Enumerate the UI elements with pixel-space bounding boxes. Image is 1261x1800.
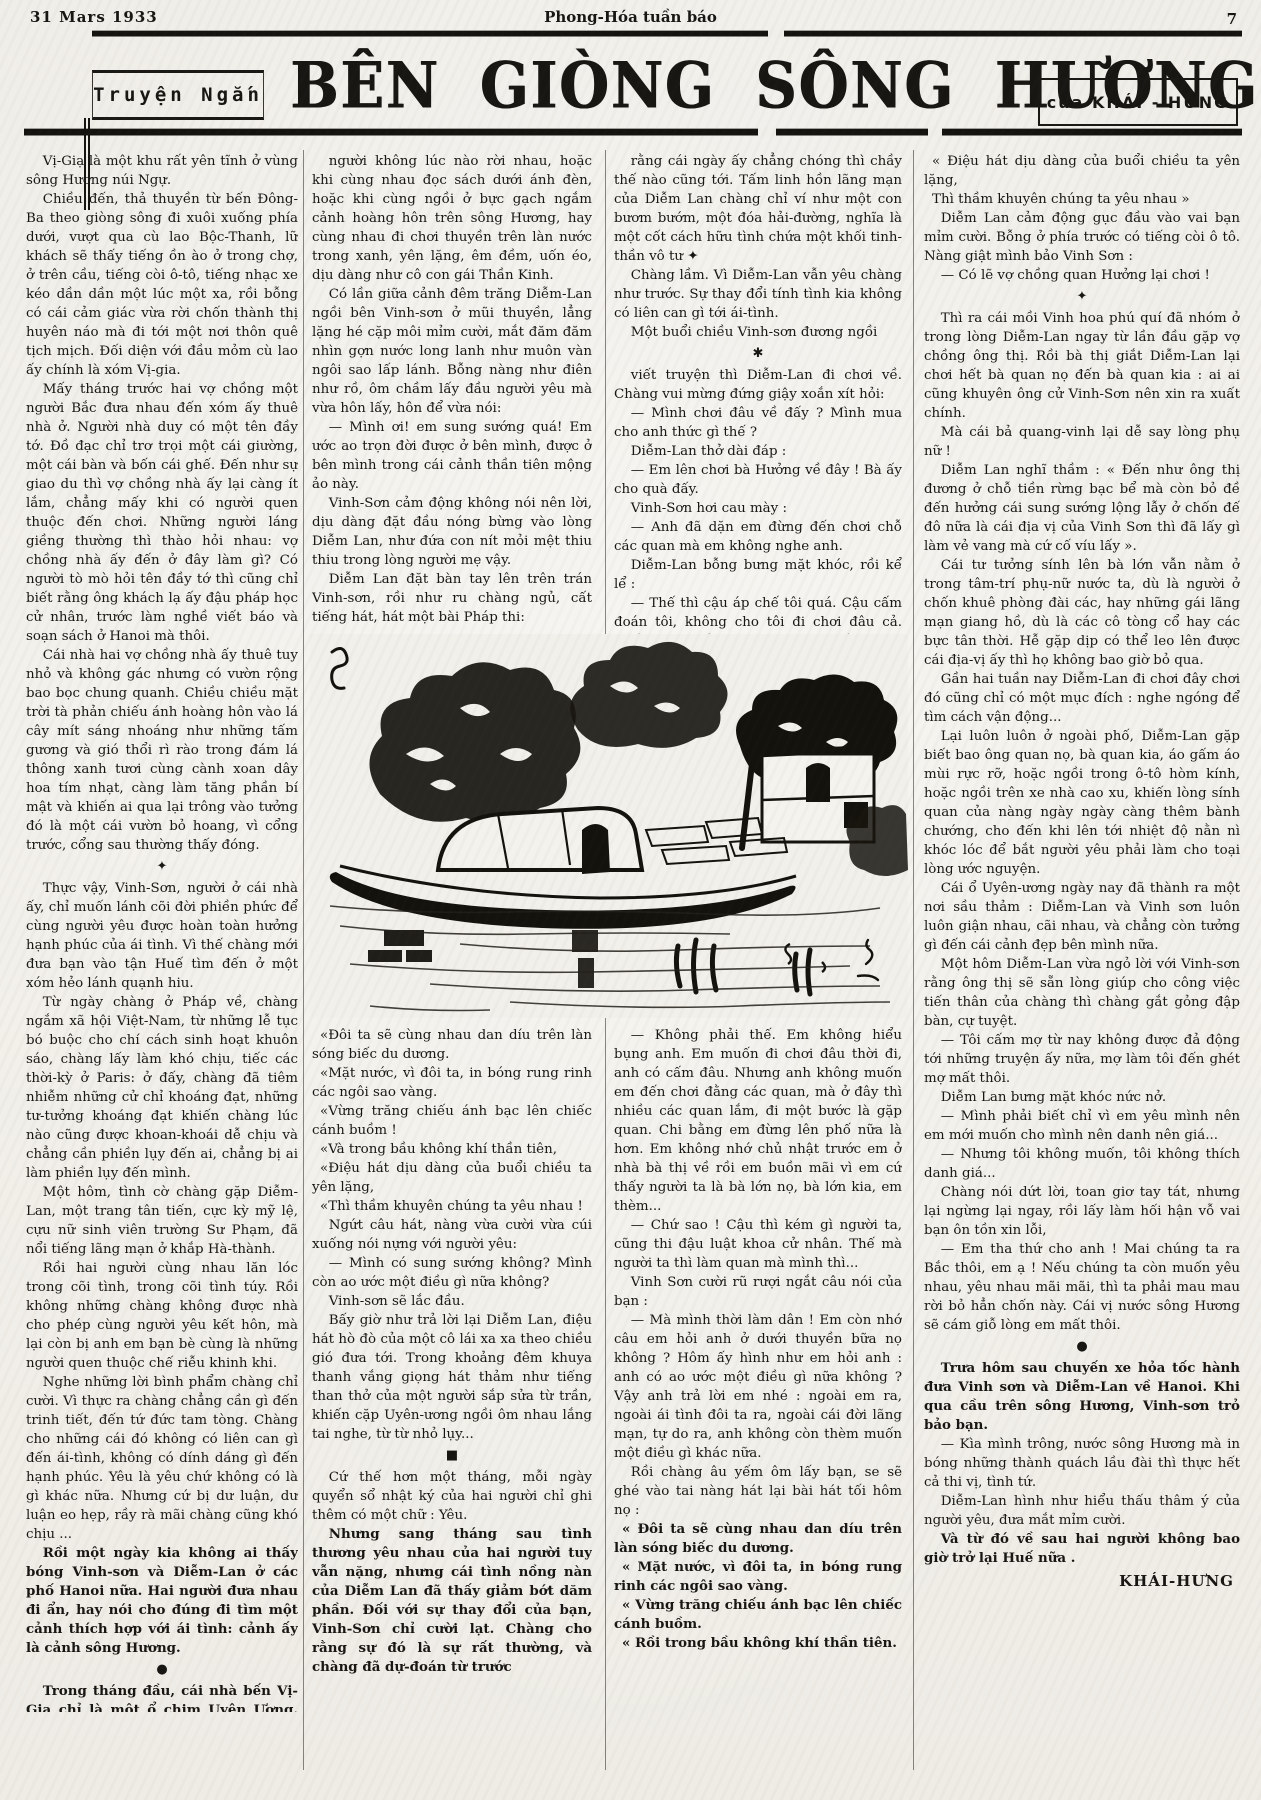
story-paragraph: người không lúc nào rời nhau, hoặc khi c… <box>312 152 592 285</box>
story-paragraph: rằng cái ngày ấy chẳng chóng thì chầy th… <box>614 152 902 266</box>
column-2-top: người không lúc nào rời nhau, hoặc khi c… <box>312 152 592 634</box>
story-title: BÊN GIÒNG SÔNG HƯƠNG <box>290 48 1030 123</box>
story-paragraph: Rồi một ngày kia không ai thấy bóng Vinh… <box>26 1544 298 1658</box>
column-3-top: rằng cái ngày ấy chẳng chóng thì chầy th… <box>614 152 902 716</box>
page-number: 7 <box>1227 10 1237 28</box>
story-paragraph: — Anh đã dặn em đừng đến chơi chỗ các qu… <box>614 518 902 556</box>
story-paragraph: Gần hai tuần nay Diễm-Lan đi chơi đây ch… <box>924 670 1240 727</box>
story-paragraph: «Đôi ta sẽ cùng nhau dan díu trên làn só… <box>312 1026 592 1064</box>
story-paragraph: Cái ổ Uyên-ương ngày nay đã thành ra một… <box>924 879 1240 955</box>
newspaper-name: Phong-Hóa tuần báo <box>0 8 1261 26</box>
story-paragraph: Chiều đến, thả thuyền từ bến Đông-Ba the… <box>26 190 298 380</box>
story-paragraph: — Mình ơi! em sung sướng quá! Em ước ao … <box>312 418 592 494</box>
story-paragraph: Vinh Sơn cười rũ rượi ngắt câu nói của b… <box>614 1273 902 1311</box>
story-paragraph: Cứ thế hơn một tháng, mỗi ngày quyển sổ … <box>312 1468 592 1525</box>
story-paragraph: « Đôi ta sẽ cùng nhau dan díu trên làn s… <box>614 1520 902 1558</box>
story-paragraph: « Rồi trong bầu không khí thần tiên. <box>614 1634 902 1653</box>
story-paragraph: Vinh-Sơn cảm động không nói nên lời, dịu… <box>312 494 592 570</box>
story-paragraph: Rồi hai người cùng nhau lăn lóc trong cõ… <box>26 1259 298 1373</box>
section-ornament: ■ <box>312 1444 592 1468</box>
story-paragraph: Một hôm, tình cờ chàng gặp Diễm-Lan, một… <box>26 1183 298 1259</box>
section-ornament: ✱ <box>614 342 902 366</box>
author-signature: KHÁI-HƯNG <box>924 1568 1240 1591</box>
story-paragraph: Diễm-Lan thở dài đáp : <box>614 442 902 461</box>
story-paragraph: — Mình có sung sướng không? Mình còn ao … <box>312 1254 592 1292</box>
story-paragraph: Một buổi chiều Vinh-sơn đương ngồi <box>614 323 902 342</box>
story-paragraph: « Mặt nước, vì đôi ta, in bóng rung rinh… <box>614 1558 902 1596</box>
story-paragraph: Và từ đó về sau hai người không bao giờ … <box>924 1530 1240 1568</box>
story-paragraph: — Có lẽ vợ chồng quan Hưởng lại chơi ! <box>924 266 1240 285</box>
masthead-top-rule <box>92 31 1242 36</box>
story-paragraph: Nghe những lời bình phẩm chàng chỉ cười.… <box>26 1373 298 1544</box>
column-divider-1 <box>303 150 304 1770</box>
section-ornament: ✦ <box>26 855 298 879</box>
story-paragraph: Cái tư tưởng sính lên bà lớn vẫn nằm ở t… <box>924 556 1240 670</box>
column-3-bottom: — Không phải thế. Em không hiểu bụng anh… <box>614 1026 902 1778</box>
section-ornament: ● <box>924 1335 1240 1359</box>
section-label: Truyện Ngắn <box>93 84 263 106</box>
section-ornament: ● <box>26 1658 298 1682</box>
story-paragraph: « Vừng trăng chiếu ánh bạc lên chiếc cán… <box>614 1596 902 1634</box>
story-paragraph: «Điệu hát dịu dàng của buổi chiều ta yên… <box>312 1159 592 1197</box>
rule-gap-3 <box>928 127 942 137</box>
story-paragraph: — Chứ sao ! Cậu thì kém gì người ta, cũn… <box>614 1216 902 1273</box>
story-paragraph: Diễm-Lan bỗng bưng mặt khóc, rồi kể lể : <box>614 556 902 594</box>
story-paragraph: — Tôi cấm mợ từ nay không được đả động t… <box>924 1031 1240 1088</box>
story-paragraph: Thực vậy, Vinh-Sơn, người ở cái nhà ấy, … <box>26 879 298 993</box>
story-paragraph: Mà cái bả quang-vinh lại dễ say lòng phụ… <box>924 423 1240 461</box>
story-paragraph: Diễm-Lan hình như hiểu thấu thâm ý của n… <box>924 1492 1240 1530</box>
story-paragraph: «Vừng trăng chiếu ánh bạc lên chiếc cánh… <box>312 1102 592 1140</box>
story-paragraph: Vị-Giạ là một khu rất yên tĩnh ở vùng sô… <box>26 152 298 190</box>
story-paragraph: Trưa hôm sau chuyến xe hỏa tốc hành đưa … <box>924 1359 1240 1435</box>
story-paragraph: Nhưng sang tháng sau tình thương yêu nha… <box>312 1525 592 1677</box>
story-paragraph: Vinh-sơn sẽ lắc đầu. <box>312 1292 592 1311</box>
story-paragraph: Thì thầm khuyên chúng ta yêu nhau » <box>924 190 1240 209</box>
story-paragraph: « Điệu hát dịu dàng của buổi chiều ta yê… <box>924 152 1240 190</box>
story-paragraph: «Thì thầm khuyên chúng ta yêu nhau ! <box>312 1197 592 1216</box>
story-paragraph: Lại luôn luôn ở ngoài phố, Diễm-Lan gặp … <box>924 727 1240 879</box>
story-paragraph: Rồi chàng âu yếm ôm lấy bạn, se sẽ ghé v… <box>614 1463 902 1520</box>
river-boat-illustration <box>310 634 908 1018</box>
story-paragraph: Thì ra cái mồi Vinh hoa phú quí đã nhóm … <box>924 309 1240 423</box>
story-paragraph: — Mình phải biết chỉ vì em yêu mình nên … <box>924 1107 1240 1145</box>
story-paragraph: — Em tha thứ cho anh ! Mai chúng ta ra B… <box>924 1240 1240 1335</box>
story-paragraph: Mấy tháng trước hai vợ chồng một người B… <box>26 380 298 646</box>
story-paragraph: Diễm Lan cảm động gục đầu vào vai bạn mỉ… <box>924 209 1240 266</box>
story-paragraph: Diễm Lan bưng mặt khóc nức nở. <box>924 1088 1240 1107</box>
story-paragraph: — Kìa mình trông, nước sông Hương mà in … <box>924 1435 1240 1492</box>
story-paragraph: — Nhưng tôi không muốn, tôi không thích … <box>924 1145 1240 1183</box>
byline-box: của KHÁI - HƯNG <box>1038 78 1238 126</box>
story-paragraph: Có lần giữa cảnh đêm trăng Diễm-Lan ngồi… <box>312 285 592 418</box>
story-paragraph: Trong tháng đầu, cái nhà bến Vị-Giạ chỉ … <box>26 1682 298 1712</box>
story-paragraph: Bấy giờ như trả lời lại Diễm Lan, điệu h… <box>312 1311 592 1444</box>
story-paragraph: Ngứt câu hát, nàng vừa cười vừa cúi xuốn… <box>312 1216 592 1254</box>
story-paragraph: Chàng nói dứt lời, toan giơ tay tát, như… <box>924 1183 1240 1240</box>
column-divider-3 <box>913 150 914 1770</box>
story-paragraph: — Không phải thế. Em không hiểu bụng anh… <box>614 1026 902 1216</box>
section-label-box: Truyện Ngắn <box>92 70 264 120</box>
masthead-bottom-rule <box>24 129 1242 135</box>
story-paragraph: Từ ngày chàng ở Pháp về, chàng ngắm xã h… <box>26 993 298 1183</box>
section-ornament: ✦ <box>924 285 1240 309</box>
story-paragraph: Diễm Lan đặt bàn tay lên trên trán Vinh-… <box>312 570 592 627</box>
rule-gap <box>768 29 784 38</box>
story-paragraph: Vinh-Sơn hơi cau mày : <box>614 499 902 518</box>
story-paragraph: Diễm Lan nghĩ thầm : « Đến như ông thị đ… <box>924 461 1240 556</box>
story-paragraph: «Và trong bầu không khí thần tiên, <box>312 1140 592 1159</box>
story-paragraph: — Mình chơi đâu về đấy ? Mình mua cho an… <box>614 404 902 442</box>
newspaper-page: 31 Mars 1933 Phong-Hóa tuần báo 7 Truyện… <box>0 0 1261 1800</box>
story-paragraph: Một hôm Diễm-Lan vừa ngỏ lời với Vinh-sơ… <box>924 955 1240 1031</box>
story-paragraph: — Mà mình thời làm dân ! Em còn nhớ câu … <box>614 1311 902 1463</box>
byline: của KHÁI - HƯNG <box>1047 93 1229 112</box>
rule-gap-2 <box>758 127 776 137</box>
story-paragraph: Chàng lầm. Vì Diễm-Lan vẫn yêu chàng như… <box>614 266 902 323</box>
story-paragraph: — Em lên chơi bà Hưởng về đây ! Bà ấy ch… <box>614 461 902 499</box>
story-paragraph: «Mặt nước, vì đôi ta, in bóng rung rinh … <box>312 1064 592 1102</box>
column-1: Vị-Giạ là một khu rất yên tĩnh ở vùng sô… <box>26 152 298 1712</box>
column-4: « Điệu hát dịu dàng của buổi chiều ta yê… <box>924 152 1240 1778</box>
story-paragraph: viết truyện thì Diễm-Lan đi chơi về. Chà… <box>614 366 902 404</box>
story-paragraph: Cái nhà hai vợ chồng nhà ấy thuê tuy nhỏ… <box>26 646 298 855</box>
column-2-bottom: «Đôi ta sẽ cùng nhau dan díu trên làn só… <box>312 1026 592 1778</box>
